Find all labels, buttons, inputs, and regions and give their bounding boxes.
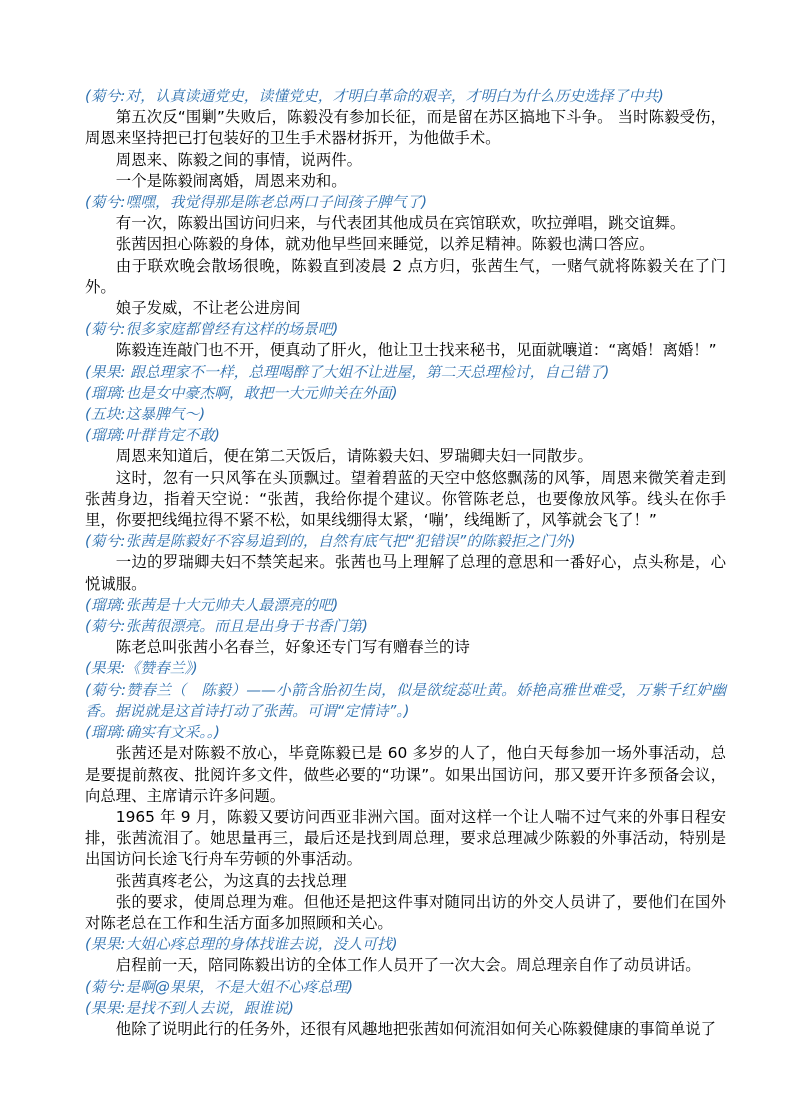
story-paragraph: 张茜真疼老公，为这真的去找总理 [85, 871, 726, 892]
story-paragraph: 1965 年 9 月，陈毅又要访问西亚非洲六国。面对这样一个让人喘不过气来的外事… [85, 807, 726, 871]
story-paragraph: 有一次，陈毅出国访问归来，与代表团其他成员在宾馆联欢，吹拉弹唱，跳交谊舞。 [85, 213, 726, 234]
reader-comment: (果果:是找不到人去说，跟谁说) [85, 998, 726, 1019]
reader-comment: (菊兮:是啊@果果，不是大姐不心疼总理) [85, 977, 726, 998]
reader-comment: (瑠璃:叶群肯定不敢) [85, 425, 726, 446]
reader-comment: (菊兮:很多家庭都曾经有这样的场景吧) [85, 319, 726, 340]
story-paragraph: 陈老总叫张茜小名春兰，好象还专门写有赠春兰的诗 [85, 637, 726, 658]
story-paragraph: 娘子发威，不让老公进房间 [85, 298, 726, 319]
story-paragraph: 他除了说明此行的任务外，还很有风趣地把张茜如何流泪如何关心陈毅健康的事简单说了 [85, 1019, 726, 1040]
reader-comment: (果果:大姐心疼总理的身体找谁去说，没人可找) [85, 934, 726, 955]
story-paragraph: 张的要求，使周总理为难。但他还是把这件事对随同出访的外交人员讲了，要他们在国外对… [85, 892, 726, 934]
document-page: (菊兮:对，认真读通党史，读懂党史，才明白革命的艰辛，才明白为什么历史选择了中共… [0, 0, 800, 1100]
reader-comment: (菊兮:对，认真读通党史，读懂党史，才明白革命的艰辛，才明白为什么历史选择了中共… [85, 86, 726, 107]
story-paragraph: 启程前一天，陪同陈毅出访的全体工作人员开了一次大会。周总理亲自作了动员讲话。 [85, 955, 726, 976]
story-paragraph: 张茜还是对陈毅不放心，毕竟陈毅已是 60 多岁的人了，他白天每参加一场外事活动，… [85, 743, 726, 807]
story-paragraph: 一个是陈毅闹离婚，周恩来劝和。 [85, 171, 726, 192]
story-paragraph: 第五次反“围剿”失败后，陈毅没有参加长征，而是留在苏区搞地下斗争。 当时陈毅受伤… [85, 107, 726, 149]
reader-comment: (瑠璃:张茜是十大元帅夫人最漂亮的吧) [85, 595, 726, 616]
reader-comment: (菊兮:张茜很漂亮。而且是出身于书香门第) [85, 616, 726, 637]
story-paragraph: 陈毅连连敲门也不开，便真动了肝火，他让卫士找来秘书，见面就嚷道：“离婚！离婚！” [85, 340, 726, 361]
story-paragraph: 周恩来知道后，便在第二天饭后，请陈毅夫妇、罗瑞卿夫妇一同散步。 [85, 446, 726, 467]
story-paragraph: 周恩来、陈毅之间的事情，说两件。 [85, 150, 726, 171]
reader-comment: (五块:这暴脾气～) [85, 404, 726, 425]
reader-comment: (瑠璃:也是女中豪杰啊，敢把一大元帅关在外面) [85, 383, 726, 404]
reader-comment: (瑠璃:确实有文采。。) [85, 722, 726, 743]
document-body: (菊兮:对，认真读通党史，读懂党史，才明白革命的艰辛，才明白为什么历史选择了中共… [85, 86, 726, 1040]
story-paragraph: 由于联欢晚会散场很晚，陈毅直到凌晨 2 点方归，张茜生气，一赌气就将陈毅关在了门… [85, 256, 726, 298]
reader-comment: (果果:《赞春兰》) [85, 658, 726, 679]
reader-comment: (果果: 跟总理家不一样，总理喝醉了大姐不让进屋，第二天总理检讨，自己错了) [85, 362, 726, 383]
reader-comment: (菊兮:嘿嘿，我觉得那是陈老总两口子间孩子脾气了) [85, 192, 726, 213]
story-paragraph: 这时，忽有一只风筝在头顶飘过。望着碧蓝的天空中悠悠飘荡的风筝，周恩来微笑着走到张… [85, 468, 726, 532]
story-paragraph: 张茜因担心陈毅的身体，就劝他早些回来睡觉，以养足精神。陈毅也满口答应。 [85, 234, 726, 255]
reader-comment: (菊兮:张茜是陈毅好不容易追到的，自然有底气把“犯错误”的陈毅拒之门外) [85, 531, 726, 552]
reader-comment: (菊兮:赞春兰（ 陈毅）——小箭含胎初生岗，似是欲绽蕊吐黄。娇艳高雅世难受，万紫… [85, 680, 726, 722]
story-paragraph: 一边的罗瑞卿夫妇不禁笑起来。张茜也马上理解了总理的意思和一番好心，点头称是，心悦… [85, 552, 726, 594]
